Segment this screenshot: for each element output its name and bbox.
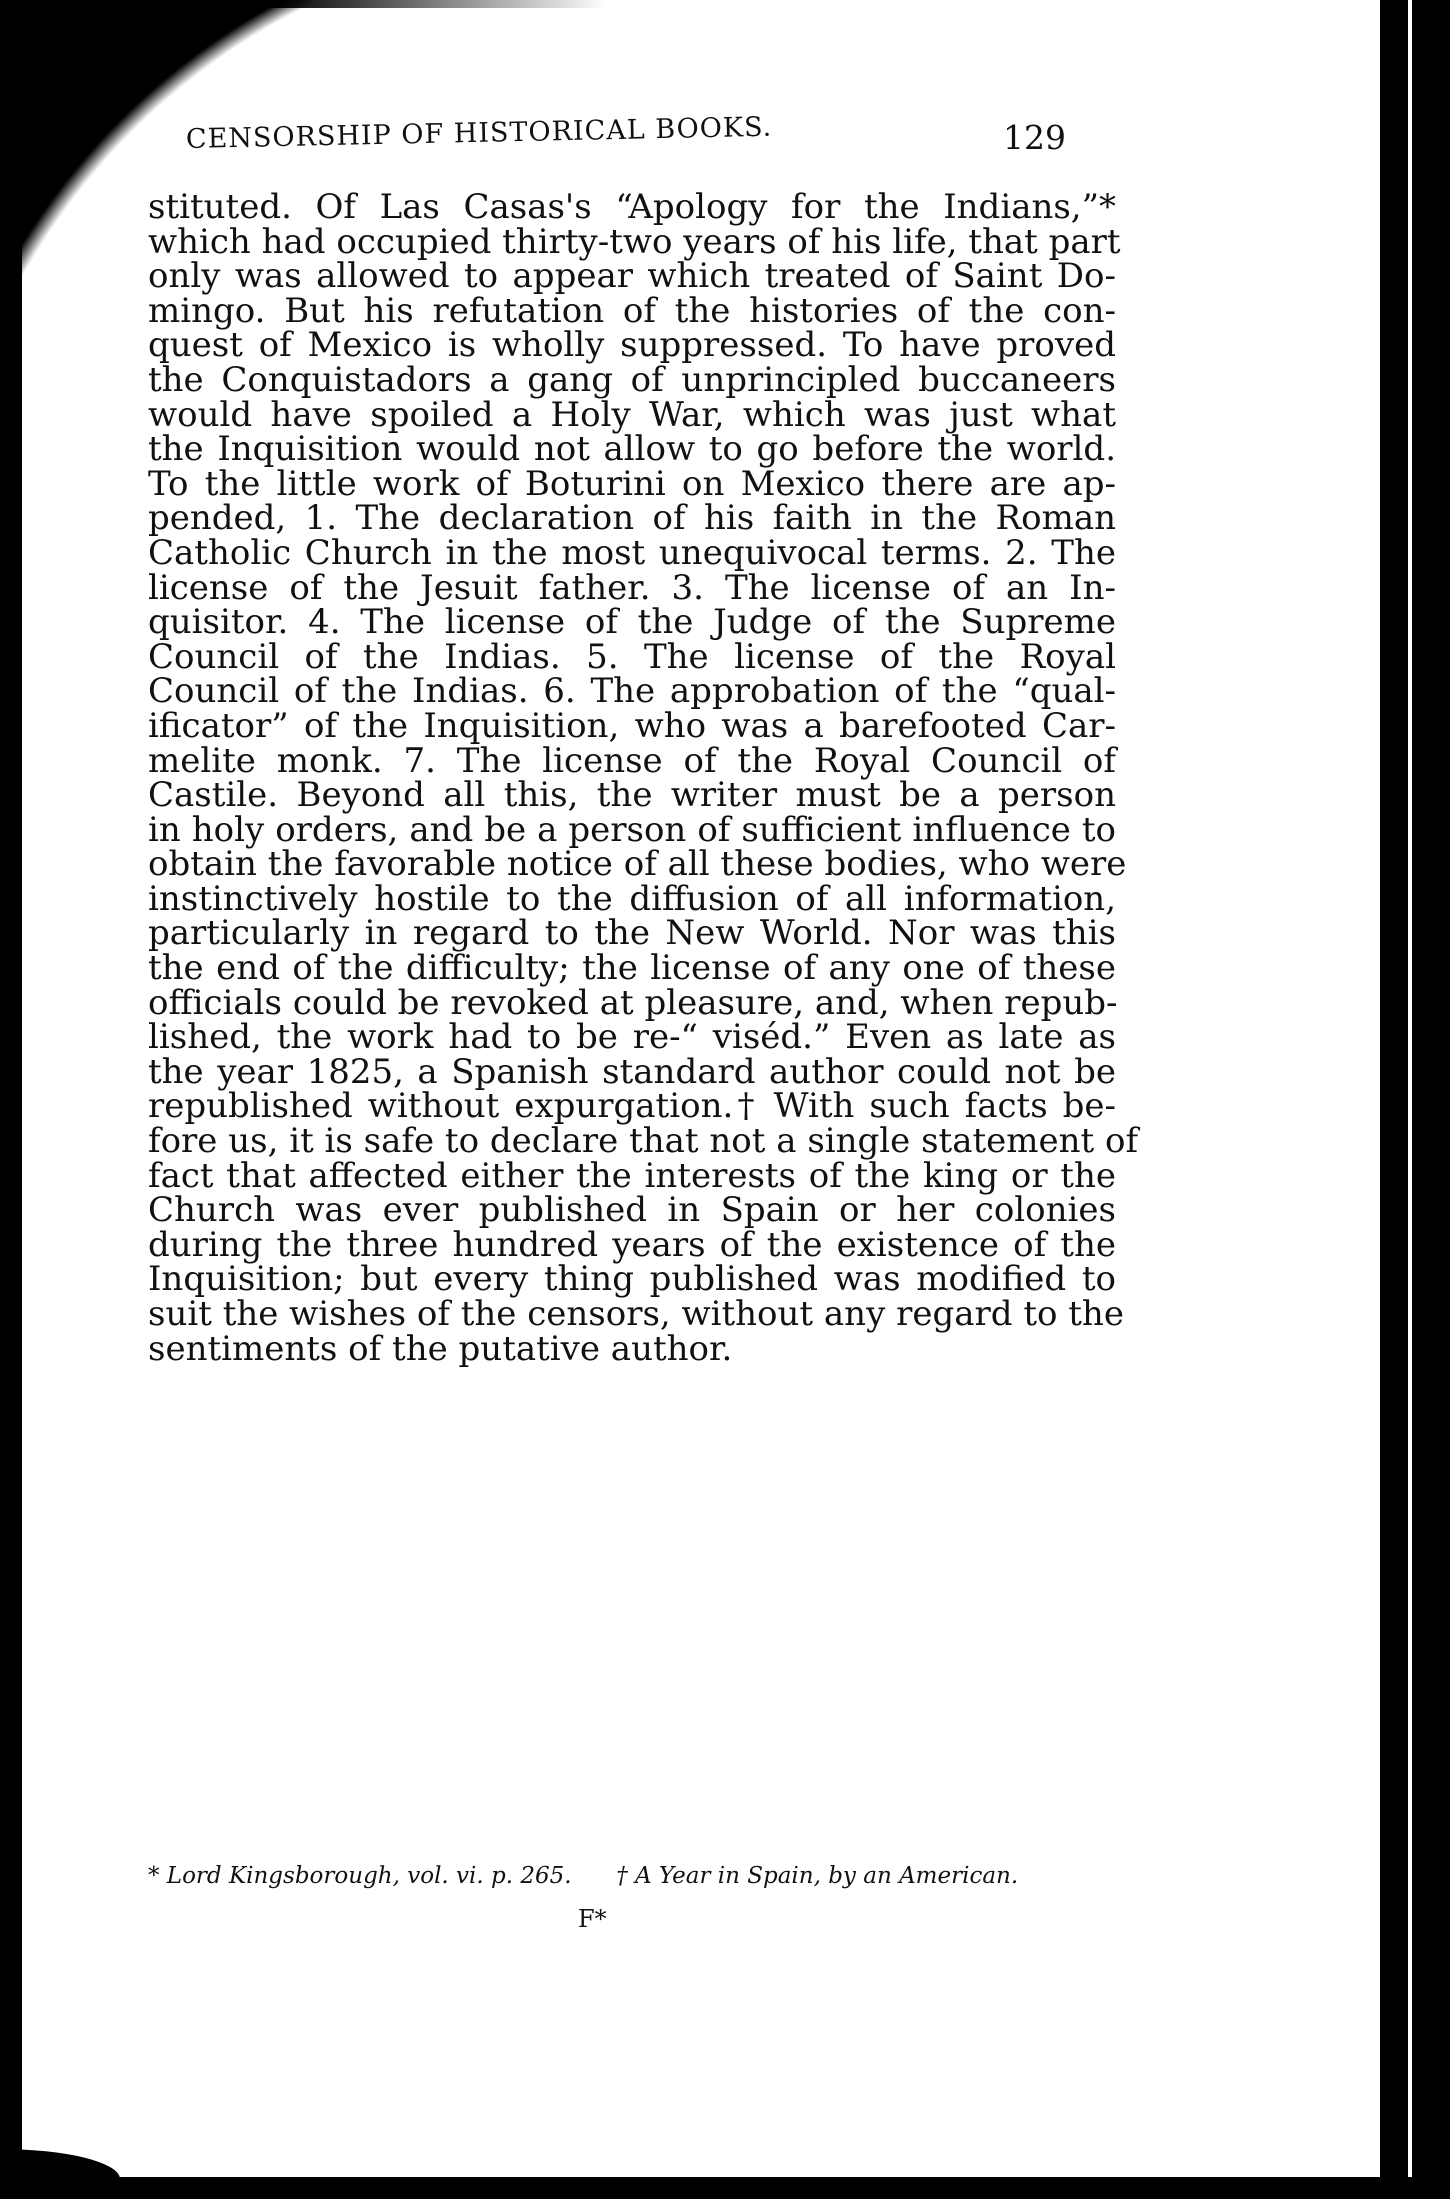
text-line: the Conquistadors a gang of unprincipled… [148,363,1116,398]
text-line: Catholic Church in the most unequivocal … [148,536,1116,571]
scan-right-edge [1380,0,1450,2199]
scan-bottom-curve [0,2149,120,2179]
text-line: the year 1825, a Spanish standard author… [148,1055,1116,1090]
text-line: Council of the Indias. 5. The license of… [148,640,1116,675]
scan-right-gap [1408,0,1412,2199]
scan-bottom-edge [0,2177,1450,2199]
text-line: ificator” of the Inquisition, who was a … [148,709,1116,744]
text-line: suit the wishes of the censors, without … [148,1297,1116,1332]
text-line: officials could be revoked at pleasure, … [148,986,1116,1021]
text-line: the Inquisition would not allow to go be… [148,432,1116,467]
text-line: Castile. Beyond all this, the writer mus… [148,778,1116,813]
text-line: republished without expurgation.† With s… [148,1089,1116,1124]
text-line: fore us, it is safe to declare that not … [148,1124,1116,1159]
running-head-title: Censorship of Historical Books. [186,112,773,155]
text-line: particularly in regard to the New World.… [148,916,1116,951]
text-line: instinctively hostile to the diffusion o… [148,882,1116,917]
footnote-1: * Lord Kingsborough, vol. vi. p. 265. [148,1863,572,1889]
signature-mark: F* [578,1905,607,1933]
text-line: quisitor. 4. The license of the Judge of… [148,605,1116,640]
text-line: Inquisition; but every thing published w… [148,1262,1116,1297]
text-line: sentiments of the putative author. [148,1332,1116,1367]
text-line: only was allowed to appear which treated… [148,259,1116,294]
text-line: fact that affected either the interests … [148,1159,1116,1194]
text-line: melite monk. 7. The license of the Royal… [148,744,1116,779]
scan-left-edge [0,0,22,2199]
text-line: Church was ever published in Spain or he… [148,1193,1116,1228]
text-line: pended, 1. The declaration of his faith … [148,501,1116,536]
body-text: stituted. Of Las Casas's “Apology for th… [148,190,1118,1366]
text-line: the end of the difficulty; the license o… [148,951,1116,986]
text-line: which had occupied thirty-two years of h… [148,225,1116,260]
text-line: mingo. But his refutation of the histori… [148,294,1116,329]
running-head: Censorship of Historical Books. 129 [186,118,1148,158]
text-line: during the three hundred years of the ex… [148,1228,1116,1263]
text-line: obtain the favorable notice of all these… [148,847,1116,882]
footnote-2: † A Year in Spain, by an American. [616,1863,1018,1889]
text-line: would have spoiled a Holy War, which was… [148,398,1116,433]
text-line: in holy orders, and be a person of suffi… [148,813,1116,848]
page-number: 129 [1003,118,1066,157]
footnotes: * Lord Kingsborough, vol. vi. p. 265. † … [148,1863,1138,1889]
text-line: Council of the Indias. 6. The approbatio… [148,674,1116,709]
text-line: license of the Jesuit father. 3. The lic… [148,571,1116,606]
text-line: To the little work of Boturini on Mexico… [148,467,1116,502]
text-line: quest of Mexico is wholly suppressed. To… [148,328,1116,363]
text-line: stituted. Of Las Casas's “Apology for th… [148,190,1116,225]
text-line: lished, the work had to be re-“ viséd.” … [148,1020,1116,1055]
